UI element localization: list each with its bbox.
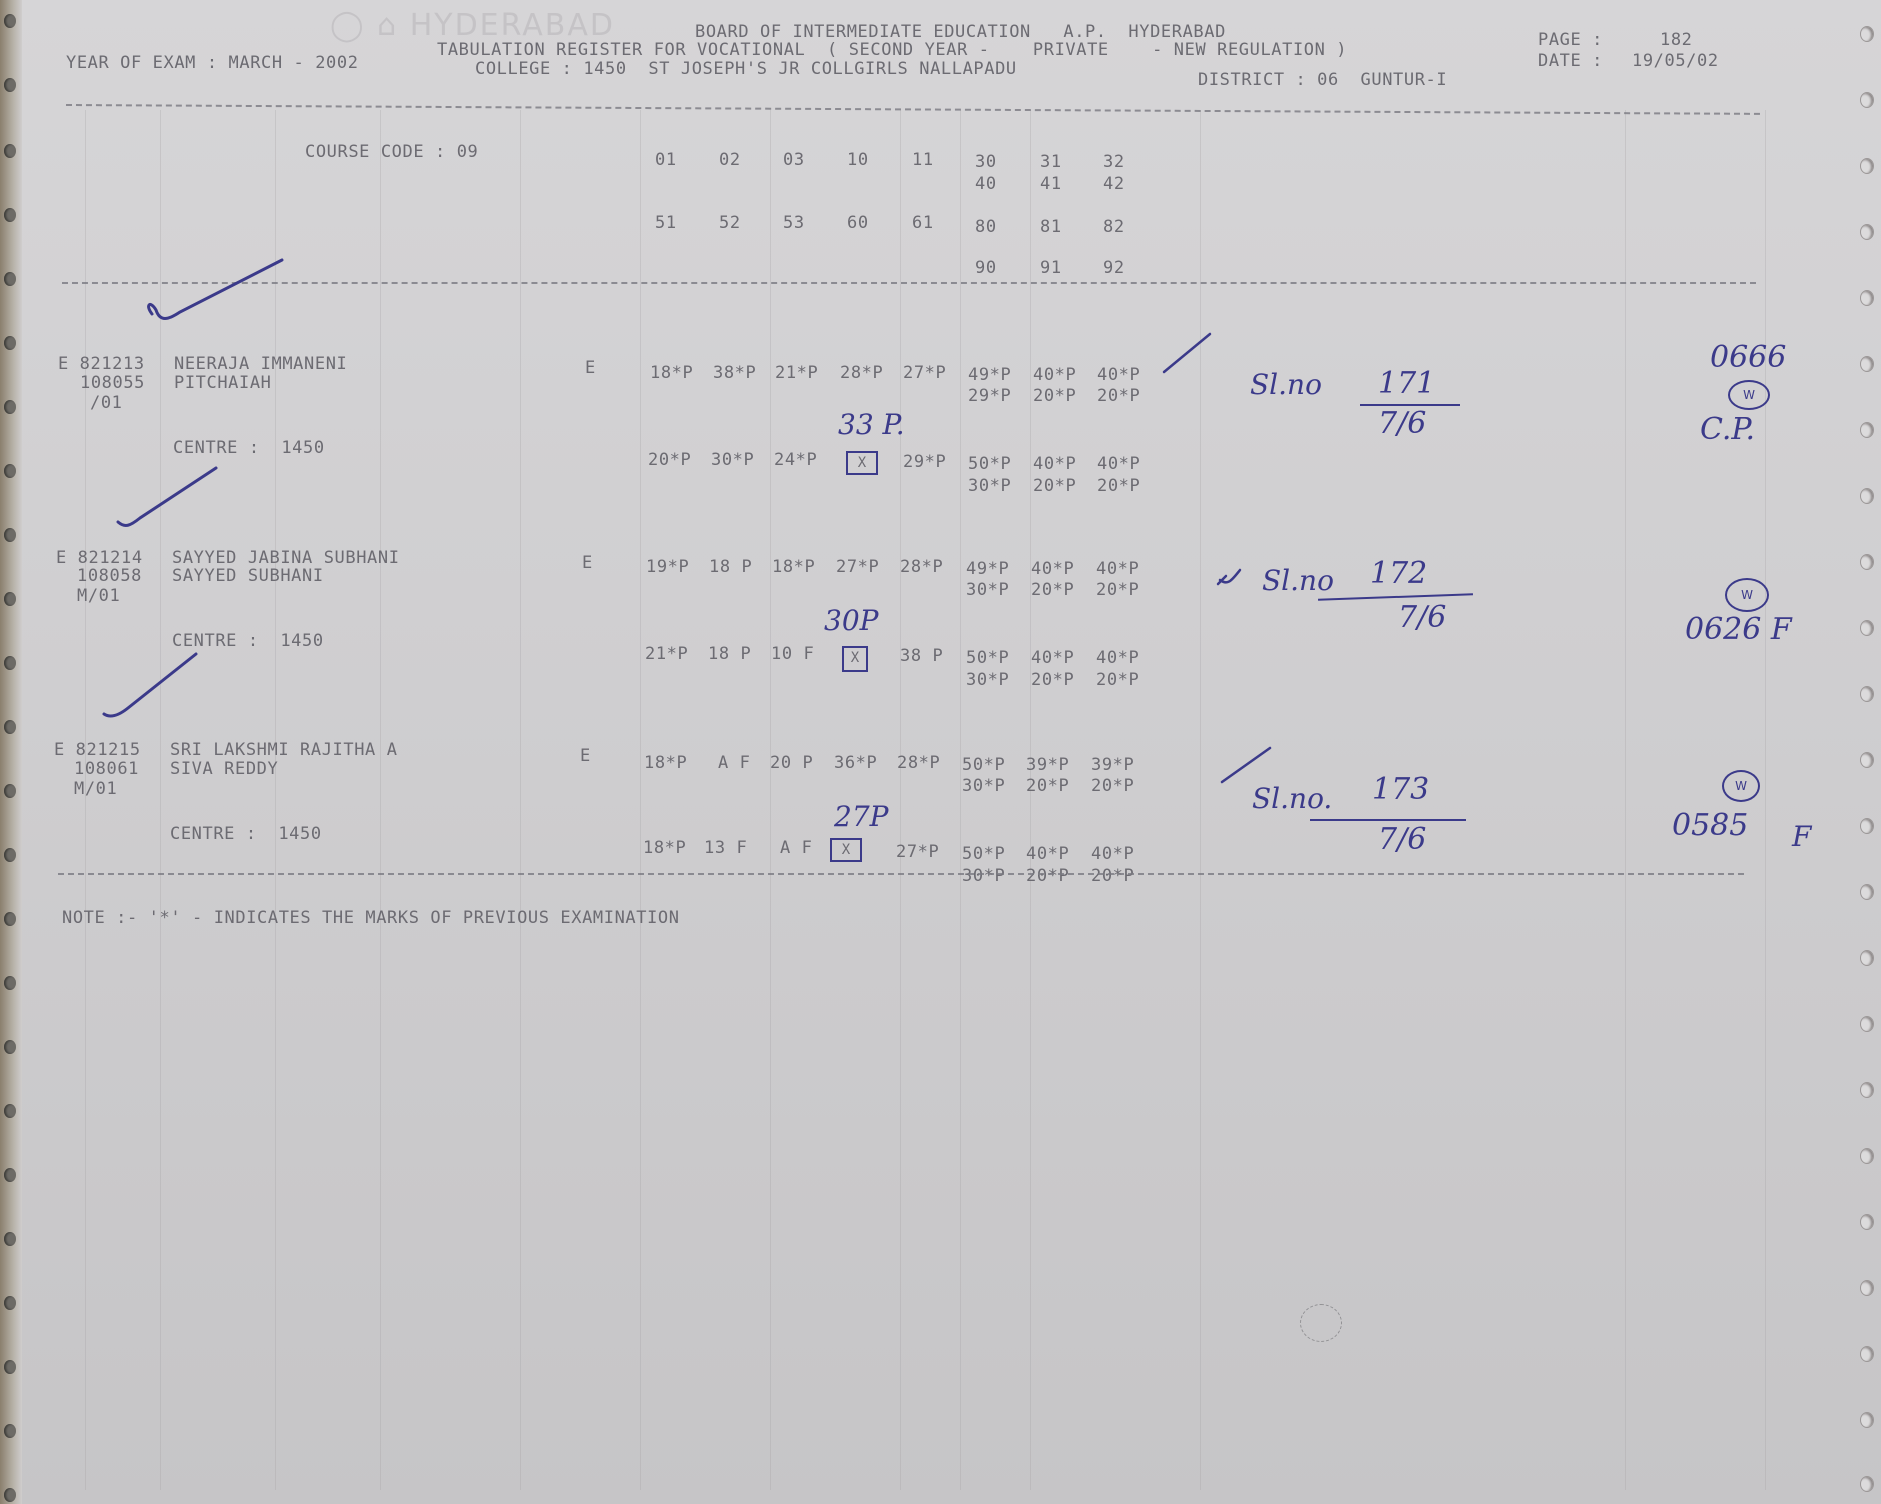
pencil-scribble <box>1300 1304 1342 1342</box>
register-sheet: ◯ ⌂ HYDERABAD BOARD OF INTERMEDIATE EDUC… <box>0 0 1881 1504</box>
check-mark-icons <box>0 0 1881 1000</box>
